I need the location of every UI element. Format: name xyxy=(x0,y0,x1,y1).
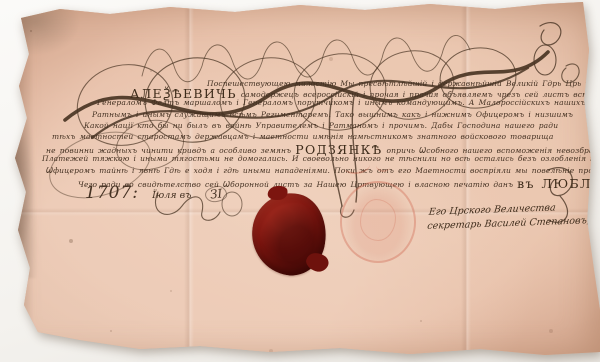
manuscript-line: Ратнымъ і инымъ служащимъ всѣмъ Регимент… xyxy=(22,110,594,121)
parchment-sheet: Поспешествующею милостію Мы пресвѣтлѣйші… xyxy=(0,0,600,362)
foxing-speckles xyxy=(30,30,32,32)
wax-seal xyxy=(247,188,332,280)
manuscript-line: Ѡфицеромъ тайнѣ і явнѣ Гдѣ е ходя і гдѣ … xyxy=(22,166,594,177)
manuscript-line: АЛЕѮѢЕВИЧЬ самодержецъ всероссійскій і п… xyxy=(22,87,594,98)
paper-shadow-wrap: Поспешествующею милостію Мы пресвѣтлѣйші… xyxy=(0,0,600,362)
photographed-document: Поспешествующею милостію Мы пресвѣтлѣйші… xyxy=(0,0,600,362)
corner-grime-stain xyxy=(14,6,84,58)
date-line: 1707: Їюля въ ЗІ xyxy=(85,183,227,203)
date-day-cipher: ЗІ xyxy=(204,185,228,203)
manuscript-line: Какой нації кто бы ни былъ въ войнѣ Упра… xyxy=(22,121,594,132)
date-year: 1707: xyxy=(85,183,139,203)
date-month: Їюля въ xyxy=(152,190,191,201)
manuscript-line: Поспешествующею милостію Мы пресвѣтлѣйші… xyxy=(22,76,594,87)
text-lines: Поспешествующею милостію Мы пресвѣтлѣйші… xyxy=(22,76,594,188)
signature-block: Его Црского Величества секретарь Василей… xyxy=(427,200,592,233)
ink-stamp-ring xyxy=(340,181,416,263)
manuscript-line: не повинни жадныхъ чинити кривдъ а особл… xyxy=(22,143,594,154)
manuscript-line: Генераломъ Фелтъ маршаломъ і Генераломъ … xyxy=(22,98,594,109)
